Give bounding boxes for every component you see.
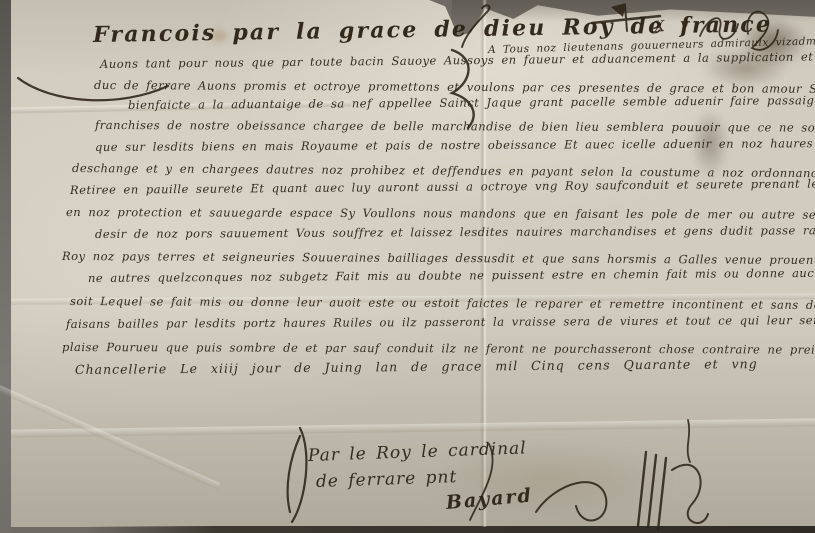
body-text-line: plaise Pourueu que puis sombre de et par… bbox=[62, 340, 815, 357]
body-text-line: en noz protection et sauuegarde espace S… bbox=[66, 205, 815, 222]
photo-background-bottom-edge bbox=[85, 526, 815, 533]
manuscript-photo: Francois par la grace de dieu Roy de fra… bbox=[0, 0, 815, 533]
photo-background-left-edge bbox=[0, 0, 11, 533]
